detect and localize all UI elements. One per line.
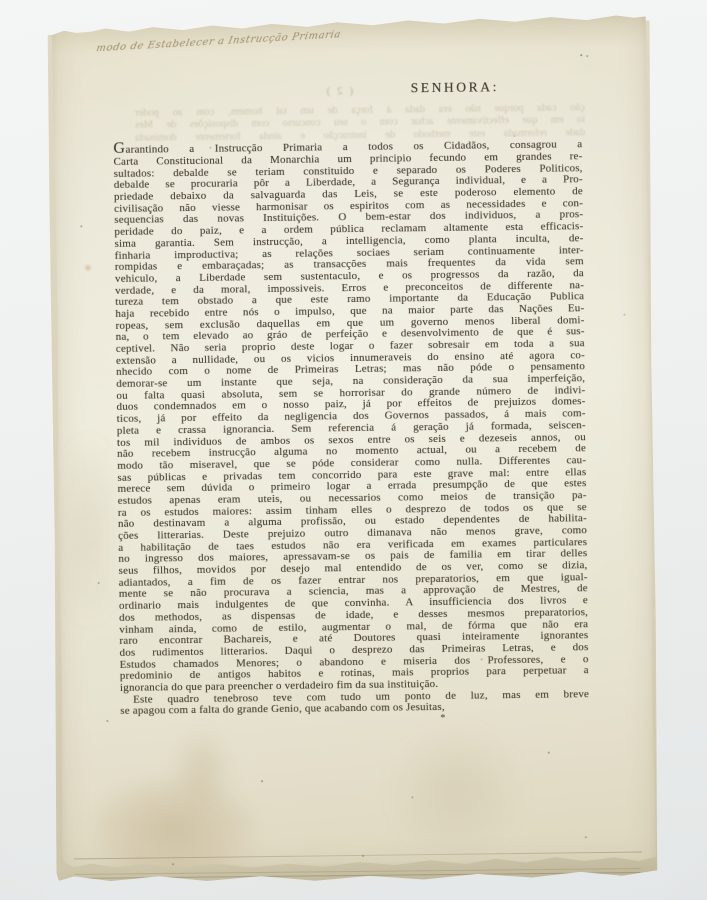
- salutation-heading: SENHORA:: [411, 79, 500, 96]
- photograph-of-document: modo de Estabelecer a Instrucção Primari…: [0, 0, 707, 900]
- stain-bottom-center: [360, 705, 552, 877]
- foxing-specks: [52, 21, 54, 23]
- initial-capital: G: [113, 140, 125, 157]
- stain-bottom-left-secondary: [156, 708, 247, 829]
- handwritten-annotation: modo de Estabelecer a Instrucção Primari…: [95, 30, 337, 55]
- showthrough-page-number: ( 2 ): [325, 85, 353, 97]
- footnote-asterisk: *: [440, 713, 445, 724]
- body-text: Garantindo a Instrucção Primaria a todos…: [113, 135, 589, 718]
- foxing-spot-top-left: [83, 263, 93, 272]
- document-sheet: modo de Estabelecer a Instrucção Primari…: [52, 13, 656, 871]
- page-stack-edge-line: [75, 872, 641, 879]
